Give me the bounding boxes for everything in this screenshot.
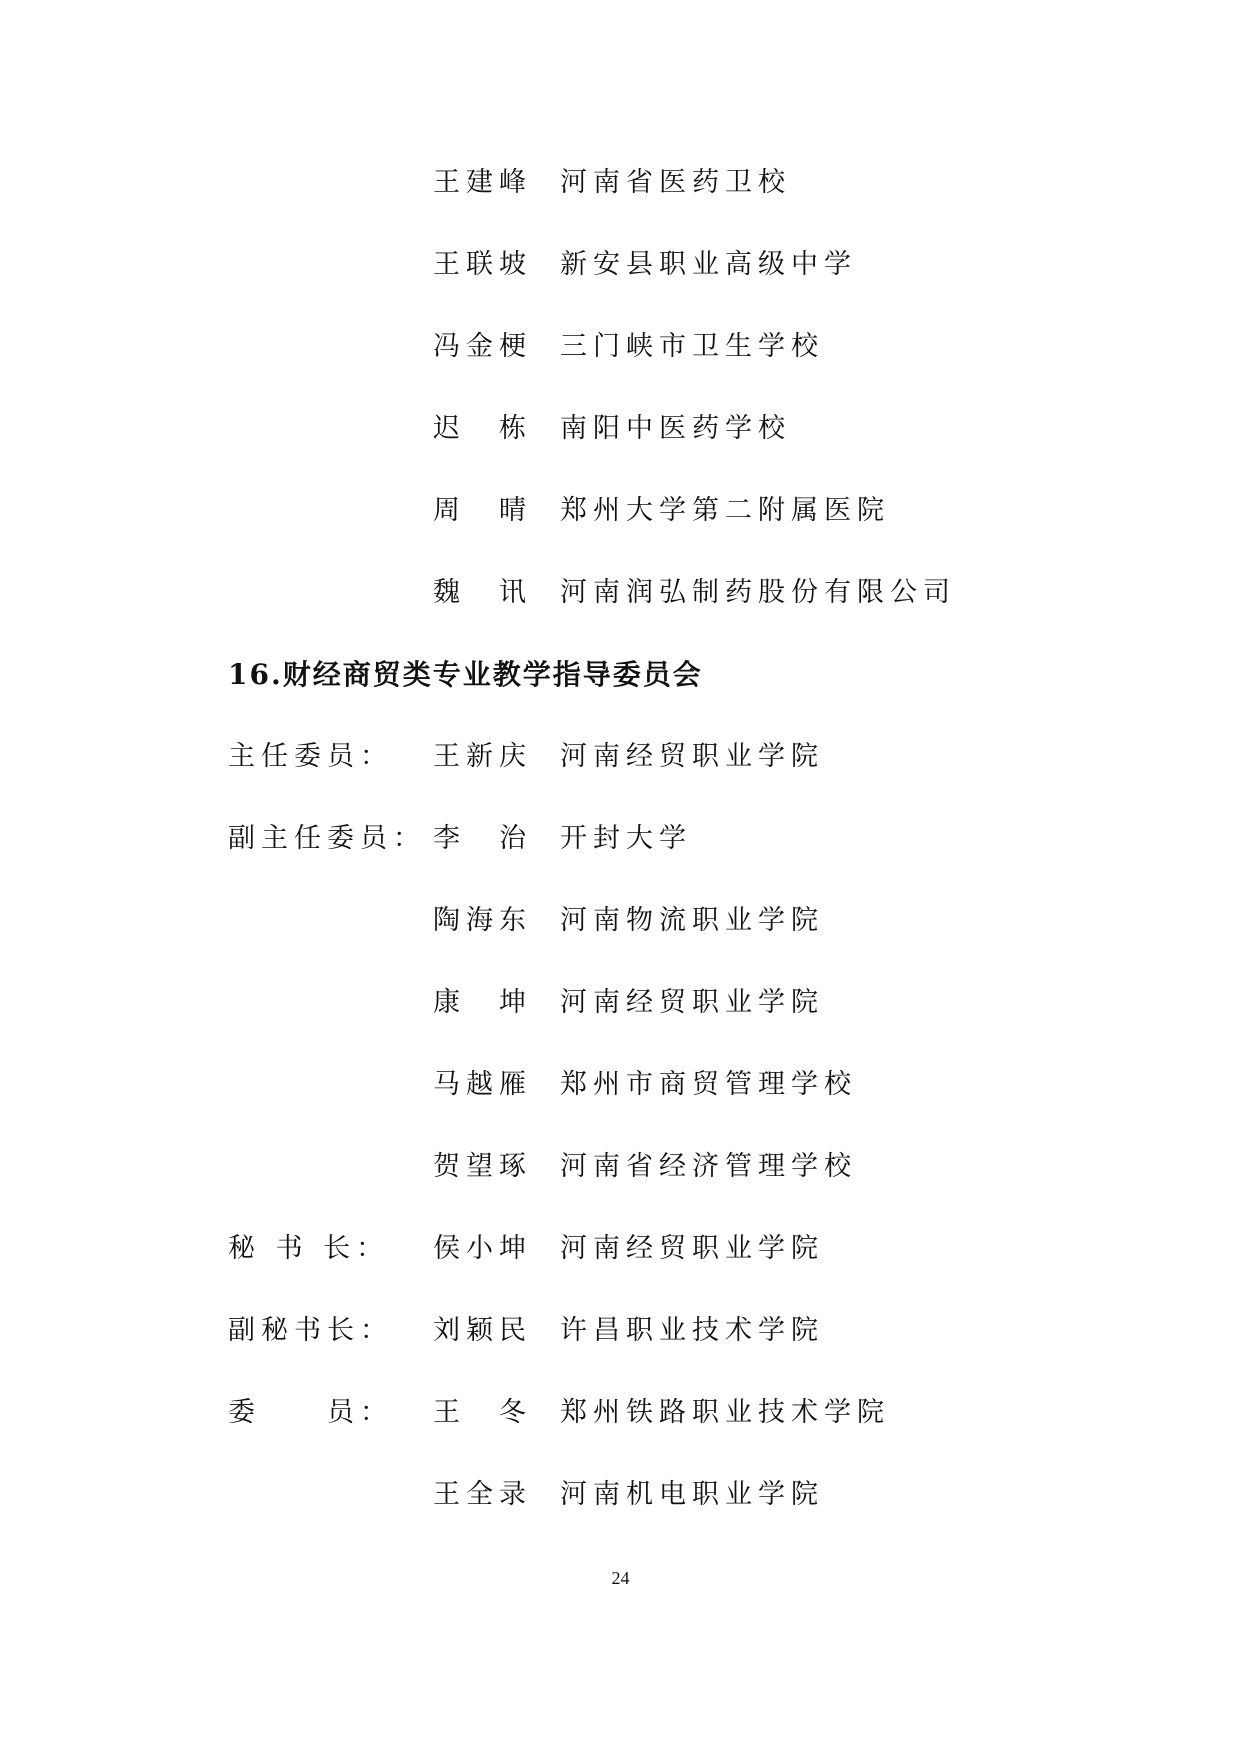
- member-org: 河南经贸职业学院: [560, 983, 824, 1023]
- member-name: 康 坤: [433, 983, 532, 1023]
- member-row: 贺望琢 河南省经济管理学校: [0, 1147, 1241, 1187]
- member-name: 王全录: [433, 1475, 532, 1515]
- member-org: 河南润弘制药股份有限公司: [560, 573, 956, 613]
- member-row: 主任委员： 王新庆 河南经贸职业学院: [0, 737, 1241, 777]
- member-name: 王建峰: [433, 163, 532, 203]
- role-label: 秘 书 长：: [228, 1229, 389, 1269]
- member-org: 河南省医药卫校: [560, 163, 791, 203]
- member-row: 王建峰 河南省医药卫校: [0, 163, 1241, 203]
- member-name: 侯小坤: [433, 1229, 532, 1269]
- member-org: 河南经贸职业学院: [560, 1229, 824, 1269]
- member-name: 冯金梗: [433, 327, 532, 367]
- member-name: 王 冬: [433, 1393, 532, 1433]
- member-row: 魏 讯 河南润弘制药股份有限公司: [0, 573, 1241, 613]
- member-row: 冯金梗 三门峡市卫生学校: [0, 327, 1241, 367]
- section-heading: 16.财经商贸类专业教学指导委员会: [228, 655, 703, 695]
- member-name: 周 晴: [433, 491, 532, 531]
- member-name: 王新庆: [433, 737, 532, 777]
- member-row: 王联坡 新安县职业高级中学: [0, 245, 1241, 285]
- member-org: 许昌职业技术学院: [560, 1311, 824, 1351]
- member-org: 郑州大学第二附属医院: [560, 491, 890, 531]
- member-name: 魏 讯: [433, 573, 532, 613]
- member-name: 迟 栋: [433, 409, 532, 449]
- member-row: 委 员： 王 冬 郑州铁路职业技术学院: [0, 1393, 1241, 1433]
- member-org: 郑州铁路职业技术学院: [560, 1393, 890, 1433]
- member-org: 河南省经济管理学校: [560, 1147, 857, 1187]
- member-row: 陶海东 河南物流职业学院: [0, 901, 1241, 941]
- member-row: 康 坤 河南经贸职业学院: [0, 983, 1241, 1023]
- member-org: 郑州市商贸管理学校: [560, 1065, 857, 1105]
- role-label: 主任委员：: [228, 737, 393, 777]
- member-name: 陶海东: [433, 901, 532, 941]
- member-name: 王联坡: [433, 245, 532, 285]
- member-org: 开封大学: [560, 819, 692, 859]
- member-org: 南阳中医药学校: [560, 409, 791, 449]
- member-row: 秘 书 长： 侯小坤 河南经贸职业学院: [0, 1229, 1241, 1269]
- member-org: 新安县职业高级中学: [560, 245, 857, 285]
- role-label: 副秘书长：: [228, 1311, 393, 1351]
- role-label: 副主任委员：: [228, 819, 426, 859]
- member-org: 河南机电职业学院: [560, 1475, 824, 1515]
- role-label: 委 员：: [228, 1393, 393, 1433]
- member-row: 周 晴 郑州大学第二附属医院: [0, 491, 1241, 531]
- member-row: 副秘书长： 刘颖民 许昌职业技术学院: [0, 1311, 1241, 1351]
- member-name: 李 治: [433, 819, 532, 859]
- member-org: 河南经贸职业学院: [560, 737, 824, 777]
- member-row: 马越雁 郑州市商贸管理学校: [0, 1065, 1241, 1105]
- member-name: 贺望琢: [433, 1147, 532, 1187]
- member-row: 王全录 河南机电职业学院: [0, 1475, 1241, 1515]
- member-org: 河南物流职业学院: [560, 901, 824, 941]
- member-name: 马越雁: [433, 1065, 532, 1105]
- page-number: 24: [0, 1568, 1241, 1589]
- member-name: 刘颖民: [433, 1311, 532, 1351]
- member-row: 副主任委员： 李 治 开封大学: [0, 819, 1241, 859]
- member-org: 三门峡市卫生学校: [560, 327, 824, 367]
- member-row: 迟 栋 南阳中医药学校: [0, 409, 1241, 449]
